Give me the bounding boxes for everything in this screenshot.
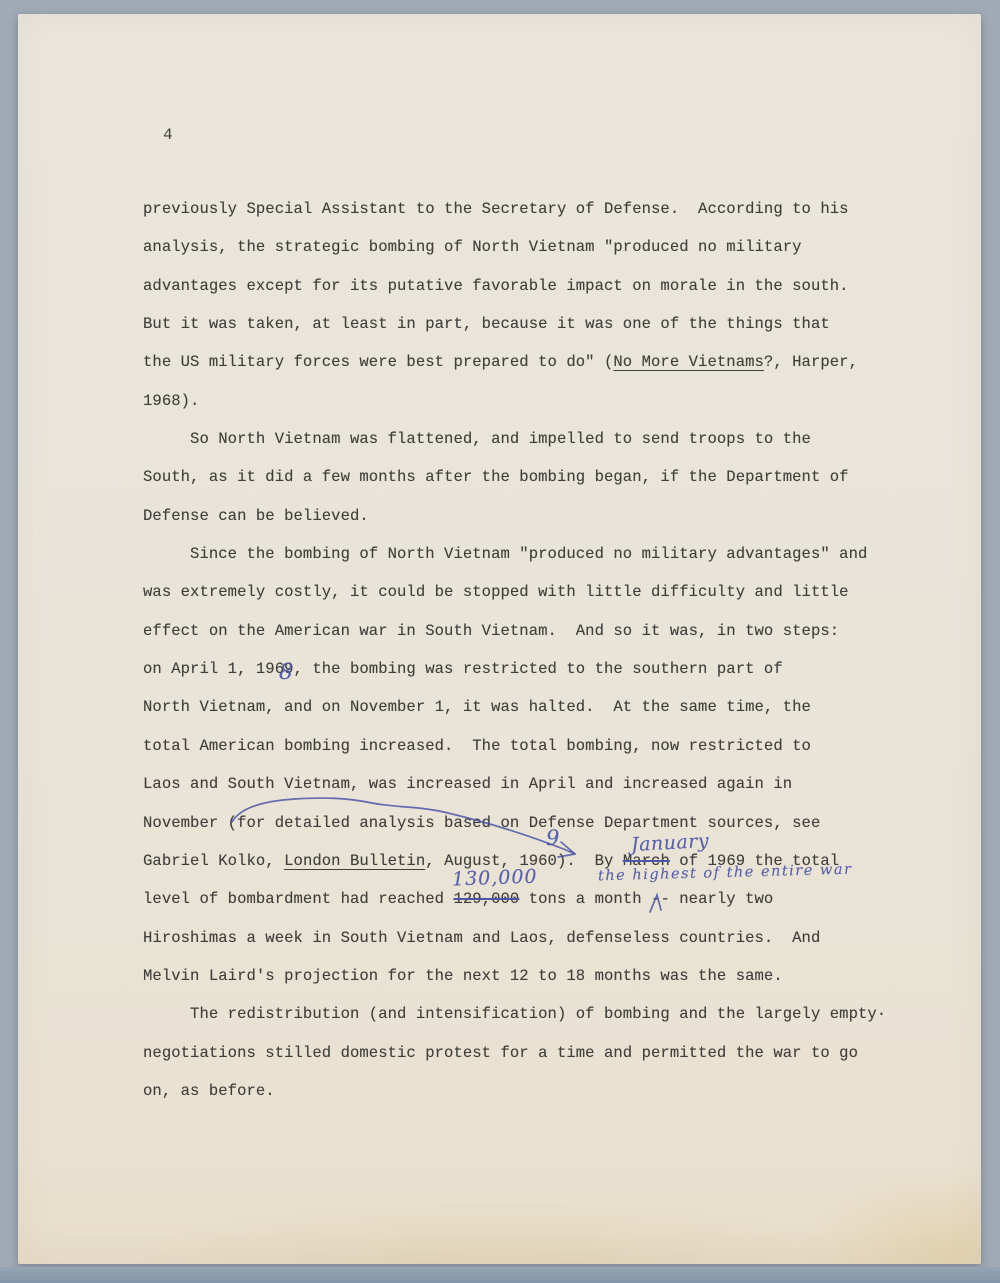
typed-line: Hiroshimas a week in South Vietnam and L…: [143, 919, 903, 957]
scan-edge: [0, 1267, 1000, 1283]
typed-text: negotiations stilled domestic protest fo…: [143, 1044, 858, 1062]
typed-text: on, as before.: [143, 1082, 275, 1100]
underlined-title: London Bulletin: [284, 852, 425, 870]
typed-text: South, as it did a few months after the …: [143, 468, 849, 486]
typed-text: previously Special Assistant to the Secr…: [143, 200, 849, 218]
typed-text: Melvin Laird's projection for the next 1…: [143, 967, 783, 985]
typed-text: So North Vietnam was flattened, and impe…: [143, 430, 811, 448]
typed-text: on April 1, 1969, the bombing was restri…: [143, 660, 783, 678]
typed-text: 1968).: [143, 392, 199, 410]
typed-text: But it was taken, at least in part, beca…: [143, 315, 830, 333]
typed-text: ?, Harper,: [764, 353, 858, 371]
typed-line: November (for detailed analysis based on…: [143, 804, 903, 842]
typed-line: So North Vietnam was flattened, and impe…: [143, 420, 903, 458]
typed-text: Since the bombing of North Vietnam "prod…: [143, 545, 867, 563]
typed-line: was extremely costly, it could be stoppe…: [143, 573, 903, 611]
typed-line: on, as before.: [143, 1072, 903, 1110]
typed-line: Melvin Laird's projection for the next 1…: [143, 957, 903, 995]
typed-text: November (for detailed analysis based on…: [143, 814, 820, 832]
typed-line: But it was taken, at least in part, beca…: [143, 305, 903, 343]
typed-text: tons a month -- nearly two: [519, 890, 773, 908]
typed-text: total American bombing increased. The to…: [143, 737, 811, 755]
handwritten-correction-8-annotation: 8: [279, 660, 294, 685]
handwritten-correction-9-annotation: 9: [546, 826, 559, 850]
typed-line: the US military forces were best prepare…: [143, 343, 903, 381]
typed-text: effect on the American war in South Viet…: [143, 622, 839, 640]
typed-text: North Vietnam, and on November 1, it was…: [143, 698, 811, 716]
typed-line: Laos and South Vietnam, was increased in…: [143, 765, 903, 803]
typed-line: total American bombing increased. The to…: [143, 727, 903, 765]
typed-line: negotiations stilled domestic protest fo…: [143, 1034, 903, 1072]
typed-line: effect on the American war in South Viet…: [143, 612, 903, 650]
typed-text: analysis, the strategic bombing of North…: [143, 238, 802, 256]
typed-text: the US military forces were best prepare…: [143, 353, 613, 371]
typed-line: advantages except for its putative favor…: [143, 267, 903, 305]
page-number: 4: [163, 126, 173, 144]
typed-line: South, as it did a few months after the …: [143, 458, 903, 496]
typed-text: level of bombardment had reached: [143, 890, 453, 908]
typed-text: Hiroshimas a week in South Vietnam and L…: [143, 929, 820, 947]
document-text: previously Special Assistant to the Secr…: [143, 190, 903, 1110]
typed-text: Gabriel Kolko,: [143, 852, 284, 870]
typed-line: North Vietnam, and on November 1, it was…: [143, 688, 903, 726]
typed-line: Since the bombing of North Vietnam "prod…: [143, 535, 903, 573]
typed-text: advantages except for its putative favor…: [143, 277, 849, 295]
typed-text: was extremely costly, it could be stoppe…: [143, 583, 849, 601]
typed-text: The redistribution (and intensification)…: [143, 1005, 886, 1023]
scan-background: 4 previously Special Assistant to the Se…: [0, 0, 1000, 1283]
typed-text: Laos and South Vietnam, was increased in…: [143, 775, 792, 793]
typed-text: Defense can be believed.: [143, 507, 369, 525]
struck-word: 129,000: [453, 890, 519, 908]
typed-line: previously Special Assistant to the Secr…: [143, 190, 903, 228]
underlined-title: No More Vietnams: [613, 353, 764, 371]
typed-line: 1968).: [143, 382, 903, 420]
typed-line: The redistribution (and intensification)…: [143, 995, 903, 1033]
typed-line: on April 1, 1969, the bombing was restri…: [143, 650, 903, 688]
typed-line: analysis, the strategic bombing of North…: [143, 228, 903, 266]
typed-line: Defense can be believed.: [143, 497, 903, 535]
handwritten-tonnage-annotation: 130,000: [452, 866, 538, 891]
handwritten-january-annotation: January: [630, 830, 709, 856]
